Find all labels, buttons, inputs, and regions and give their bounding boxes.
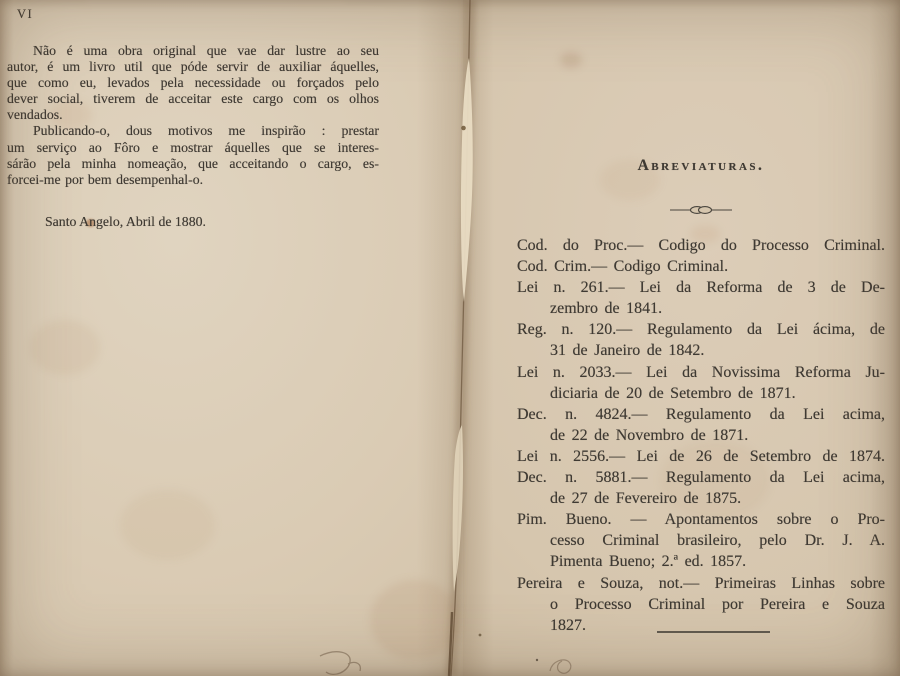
abbreviation-line: de 22 de Novembro de 1871.	[517, 425, 885, 446]
speck	[536, 659, 538, 661]
abbreviation-line: Cod. Crim.— Codigo Criminal.	[517, 256, 885, 277]
abbreviation-list: Cod. do Proc.— Codigo do Processo Crimin…	[517, 235, 885, 636]
text-line: vendados.	[7, 107, 379, 123]
abbreviation-line: Dec. n. 5881.— Regulamento da Lei acima,	[517, 467, 885, 488]
text-line: um serviço ao Fôro e mostrar áquelles qu…	[7, 140, 379, 156]
text-line: autor, é um livro util que póde servir d…	[7, 59, 379, 75]
abbreviation-line: cesso Criminal brasileiro, pelo Dr. J. A…	[517, 530, 885, 551]
abbreviation-line: diciaria de 20 de Setembro de 1871.	[517, 383, 885, 404]
chain-link-divider-icon	[670, 204, 732, 216]
abbreviation-line: Lei n. 2556.— Lei de 26 de Setembro de 1…	[517, 446, 885, 467]
text-line: sárão pela minha nomeação, que acceitand…	[7, 156, 379, 172]
text-line: Publicando-o, dous motivos me inspirão :…	[7, 123, 379, 139]
pencil-squiggle-right	[550, 660, 571, 673]
abbreviation-line: o Processo Criminal por Pereira e Souza	[517, 594, 885, 615]
abbreviation-line: Pimenta Bueno; 2.ª ed. 1857.	[517, 551, 885, 572]
tear-notch	[461, 126, 466, 131]
section-title: Abreviaturas.	[517, 157, 885, 175]
abbreviation-line: 31 de Janeiro de 1842.	[517, 340, 885, 361]
closing-rule	[657, 631, 770, 633]
dateline: Santo Angelo, Abril de 1880.	[45, 214, 206, 230]
text-line: forcei-me por bem desempenhal-o.	[7, 172, 379, 188]
top-edge-highlight	[85, 0, 345, 4]
text-line: dever social, tiverem de acceitar este c…	[7, 91, 379, 107]
abbreviation-line: 1827.	[517, 615, 885, 636]
abbreviation-line: Dec. n. 4824.— Regulamento da Lei acima,	[517, 404, 885, 425]
abbreviation-line: zembro de 1841.	[517, 298, 885, 319]
abbreviation-line: Lei n. 261.— Lei da Reforma de 3 de De-	[517, 277, 885, 298]
preface-text: Não é uma obra original que vae dar lust…	[7, 43, 379, 188]
abbreviation-line: Lei n. 2033.— Lei da Novissima Reforma J…	[517, 362, 885, 383]
abbreviation-line: Cod. do Proc.— Codigo do Processo Crimin…	[517, 235, 885, 256]
abbreviation-line: Reg. n. 120.— Regulamento da Lei ácima, …	[517, 319, 885, 340]
abbreviation-line: de 27 de Fevereiro de 1875.	[517, 488, 885, 509]
book-scan: VI Não é uma obra original que vae dar l…	[0, 0, 900, 676]
text-line: que como eu, levados pela necessidade ou…	[7, 75, 379, 91]
pencil-squiggle-left	[320, 652, 360, 675]
abbreviation-line: Pereira e Souza, not.— Primeiras Linhas …	[517, 573, 885, 594]
ornament-divider	[517, 203, 885, 221]
speck	[479, 634, 482, 637]
page-number: VI	[17, 7, 33, 22]
text-line: Não é uma obra original que vae dar lust…	[7, 43, 379, 59]
abbreviation-line: Pim. Bueno. — Apontamentos sobre o Pro-	[517, 509, 885, 530]
